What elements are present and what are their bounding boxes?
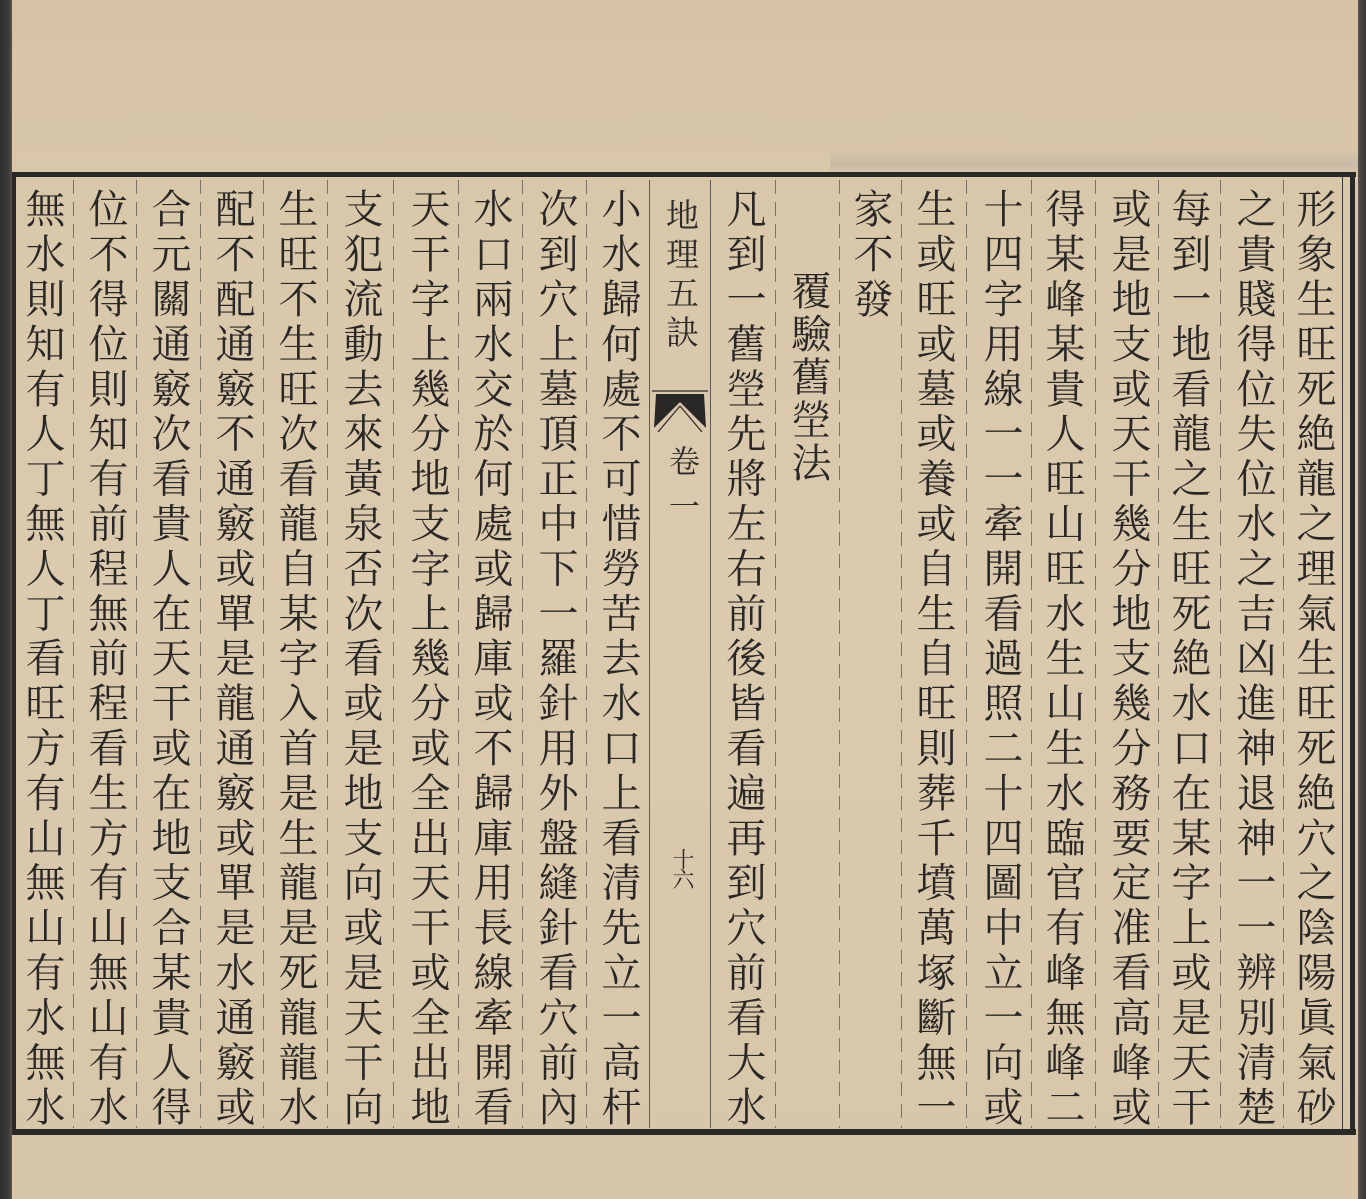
frame-right-border xyxy=(1350,172,1355,1135)
column-rule xyxy=(775,180,776,1128)
column-rule xyxy=(200,180,201,1128)
text-column-13: 天干字上幾分地支字上幾分或全出天干或全出地 xyxy=(402,188,452,1131)
column-rule xyxy=(1283,180,1284,1128)
text-column-12: 水口兩水交於何處或歸庫或不歸庫用長線牽開看 xyxy=(465,188,515,1131)
column-rule xyxy=(1031,180,1032,1128)
text-column-10: 小水歸何處不可惜勞苦去水口上看清先立一高杆 xyxy=(593,188,643,1131)
text-column-17: 合元關通竅次看貴人在天干或在地支合某貴人得 xyxy=(143,188,193,1131)
page-number: 十六 xyxy=(664,848,698,888)
volume-label: 卷一 xyxy=(664,445,698,535)
column-rule xyxy=(966,180,967,1128)
text-column-9: 凡到一舊塋先將左右前後皆看遍再到穴前看大水 xyxy=(718,188,768,1131)
text-column-2: 之貴賤得位失位水之吉凶進神退神一一辨別清楚 xyxy=(1228,188,1278,1131)
frame-top-border xyxy=(12,172,1356,177)
text-column-8: 家不發 xyxy=(845,188,895,323)
column-rule xyxy=(901,180,902,1128)
text-column-16: 配不配通竅不通竅或單是龍通竅或單是水通竅或 xyxy=(207,188,257,1131)
column-rule xyxy=(586,180,587,1128)
column-rule xyxy=(1095,180,1096,1128)
text-column-14: 支犯流動去來黃泉否次看或是地支向或是天干向 xyxy=(335,188,385,1131)
column-rule xyxy=(263,180,264,1128)
column-rule xyxy=(393,180,394,1128)
text-column-6: 十四字用線一一牽開看過照二十四圖中立一向或 xyxy=(975,188,1025,1131)
frame-left-border xyxy=(12,172,16,1135)
book-spine-edge-left xyxy=(0,0,12,1199)
column-rule xyxy=(1220,180,1221,1128)
column-rule xyxy=(458,180,459,1128)
text-column-7: 生或旺或墓或養或自生自旺則葬千墳萬塚斷無一 xyxy=(908,188,958,1131)
text-column-3: 每到一地看龍之生旺死絶水口在某字上或是天干 xyxy=(1163,188,1213,1131)
text-column-15: 生旺不生旺次看龍自某字入首是生龍是死龍龍水 xyxy=(270,188,320,1131)
book-title: 地理五訣 xyxy=(662,198,698,354)
text-column-4: 或是地支或天干幾分地支幾分務要定准看高峰或 xyxy=(1103,188,1153,1131)
book-page-scan: 形象生旺死絶龍之理氣生旺死絶穴之陰陽眞氣砂 之貴賤得位失位水之吉凶進神退神一一辨… xyxy=(0,0,1366,1199)
text-column-5: 得某峰某貴人旺山旺水生山生水臨官有峰無峰二 xyxy=(1037,188,1087,1131)
frame-right-inner-line xyxy=(1342,177,1343,1129)
text-column-1: 形象生旺死絶龍之理氣生旺死絶穴之陰陽眞氣砂 xyxy=(1288,188,1338,1131)
column-rule xyxy=(839,180,840,1128)
column-rule xyxy=(73,180,74,1128)
bleed-through-shadow xyxy=(830,150,1358,172)
fold-rule-left xyxy=(649,180,650,1128)
text-column-11: 次到穴上墓頂正中下一羅針用外盤縫針看穴前內 xyxy=(530,188,580,1131)
column-rule xyxy=(136,180,137,1128)
book-edge-right xyxy=(1358,0,1366,1199)
fold-rule-right xyxy=(710,180,711,1128)
text-column-19: 無水則知有人丁無人丁看旺方有山無山有水無水 xyxy=(17,188,67,1131)
column-rule xyxy=(327,180,328,1128)
section-heading: 覆驗舊塋法 xyxy=(783,270,833,485)
column-rule xyxy=(522,180,523,1128)
fishtail-ornament-icon xyxy=(650,388,710,434)
text-column-18: 位不得位則知有前程無前程看生方有山無山有水 xyxy=(80,188,130,1131)
column-rule xyxy=(1158,180,1159,1128)
